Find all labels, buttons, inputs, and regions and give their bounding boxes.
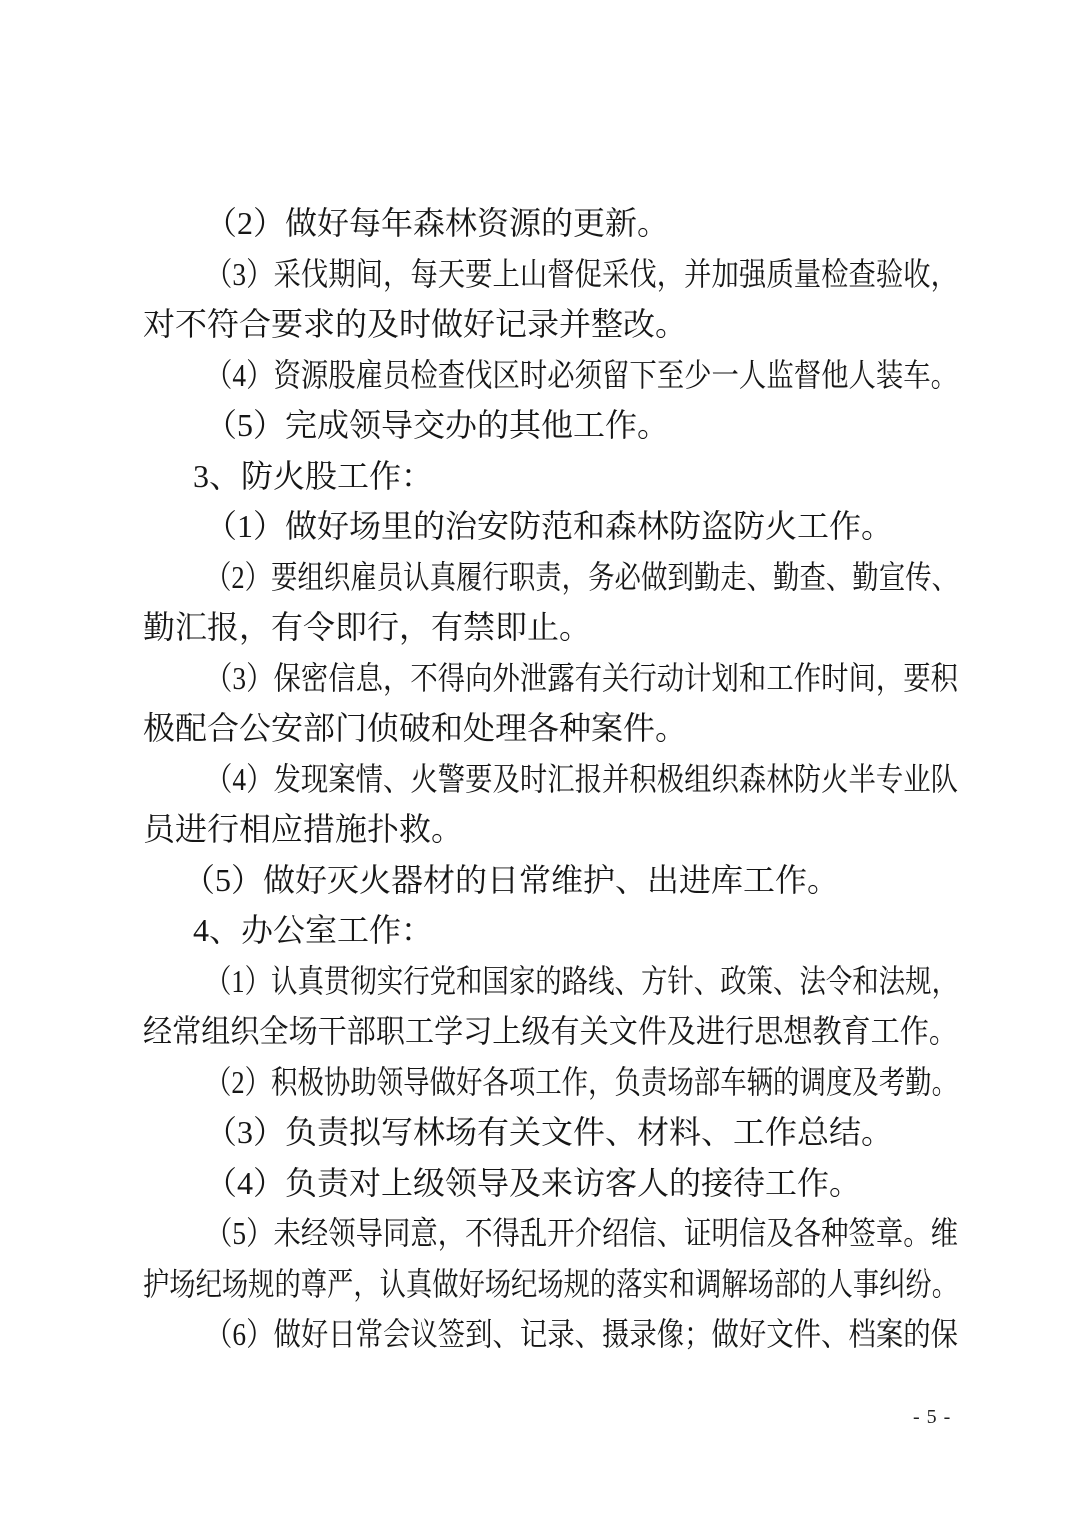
text-line-text: （5）未经领导同意，不得乱开介绍信、证明信及各种签章。维	[205, 1208, 958, 1259]
text-line: （5）做好灭火器材的日常维护、出进库工作。	[143, 855, 958, 906]
text-line-text: 护场纪场规的尊严，认真做好场纪场规的落实和调解场部的人事纠纷。	[143, 1259, 958, 1310]
text-line: （6）做好日常会议签到、记录、摄录像；做好文件、档案的保	[143, 1309, 958, 1360]
text-line-text: 勤汇报，有令即行，有禁即止。	[143, 602, 591, 653]
section-heading: 3、防火股工作：	[143, 451, 958, 502]
text-line-text: （5）做好灭火器材的日常维护、出进库工作。	[183, 855, 839, 906]
page-number: - 5 -	[913, 1404, 951, 1430]
text-line: （4）发现案情、火警要及时汇报并积极组织森林防火半专业队	[143, 754, 958, 805]
text-line-text: （4）发现案情、火警要及时汇报并积极组织森林防火半专业队	[205, 754, 958, 805]
text-line: （1）做好场里的治安防范和森林防盗防火工作。	[143, 501, 958, 552]
text-line: 勤汇报，有令即行，有禁即止。	[143, 602, 958, 653]
text-line: （5）未经领导同意，不得乱开介绍信、证明信及各种签章。维	[143, 1208, 958, 1259]
text-line-text: （2）要组织雇员认真履行职责，务必做到勤走、勤查、勤宣传、	[205, 552, 958, 603]
text-line-text: 极配合公安部门侦破和处理各种案件。	[143, 703, 687, 754]
text-line-text: （5）完成领导交办的其他工作。	[205, 400, 669, 451]
text-line-text: （4）负责对上级领导及来访客人的接待工作。	[205, 1158, 861, 1209]
document-body: （2）做好每年森林资源的更新。 （3）采伐期间，每天要上山督促采伐，并加强质量检…	[143, 198, 958, 1360]
text-line: 极配合公安部门侦破和处理各种案件。	[143, 703, 958, 754]
text-line-text: （6）做好日常会议签到、记录、摄录像；做好文件、档案的保	[205, 1309, 958, 1360]
text-line-text: （2）积极协助领导做好各项工作，负责场部车辆的调度及考勤。	[205, 1057, 958, 1108]
text-line: 员进行相应措施扑救。	[143, 804, 958, 855]
text-line: （2）做好每年森林资源的更新。	[143, 198, 958, 249]
text-line-text: 对不符合要求的及时做好记录并整改。	[143, 299, 687, 350]
text-line-text: （3）负责拟写林场有关文件、材料、工作总结。	[205, 1107, 893, 1158]
text-line: （1）认真贯彻实行党和国家的路线、方针、政策、法令和法规，	[143, 956, 958, 1007]
text-line: （2）要组织雇员认真履行职责，务必做到勤走、勤查、勤宣传、	[143, 552, 958, 603]
text-line: （4）资源股雇员检查伐区时必须留下至少一人监督他人装车。	[143, 350, 958, 401]
text-line-text: （1）做好场里的治安防范和森林防盗防火工作。	[205, 501, 893, 552]
text-line-text: （2）做好每年森林资源的更新。	[205, 198, 669, 249]
text-line-text: 经常组织全场干部职工学习上级有关文件及进行思想教育工作。	[143, 1006, 958, 1057]
text-line: （3）保密信息，不得向外泄露有关行动计划和工作时间，要积	[143, 653, 958, 704]
text-line: 护场纪场规的尊严，认真做好场纪场规的落实和调解场部的人事纠纷。	[143, 1259, 958, 1310]
document-page: （2）做好每年森林资源的更新。 （3）采伐期间，每天要上山督促采伐，并加强质量检…	[0, 0, 1074, 1520]
text-line: （4）负责对上级领导及来访客人的接待工作。	[143, 1158, 958, 1209]
section-heading-text: 4、办公室工作：	[193, 905, 433, 956]
section-heading: 4、办公室工作：	[143, 905, 958, 956]
text-line: 对不符合要求的及时做好记录并整改。	[143, 299, 958, 350]
text-line: （5）完成领导交办的其他工作。	[143, 400, 958, 451]
text-line-text: （3）采伐期间，每天要上山督促采伐，并加强质量检查验收，	[205, 249, 958, 300]
section-heading-text: 3、防火股工作：	[193, 451, 433, 502]
text-line: 经常组织全场干部职工学习上级有关文件及进行思想教育工作。	[143, 1006, 958, 1057]
text-line: （2）积极协助领导做好各项工作，负责场部车辆的调度及考勤。	[143, 1057, 958, 1108]
text-line-text: 员进行相应措施扑救。	[143, 804, 463, 855]
text-line-text: （1）认真贯彻实行党和国家的路线、方针、政策、法令和法规，	[205, 956, 958, 1007]
text-line-text: （4）资源股雇员检查伐区时必须留下至少一人监督他人装车。	[205, 350, 958, 401]
text-line-text: （3）保密信息，不得向外泄露有关行动计划和工作时间，要积	[205, 653, 958, 704]
text-line: （3）负责拟写林场有关文件、材料、工作总结。	[143, 1107, 958, 1158]
text-line: （3）采伐期间，每天要上山督促采伐，并加强质量检查验收，	[143, 249, 958, 300]
